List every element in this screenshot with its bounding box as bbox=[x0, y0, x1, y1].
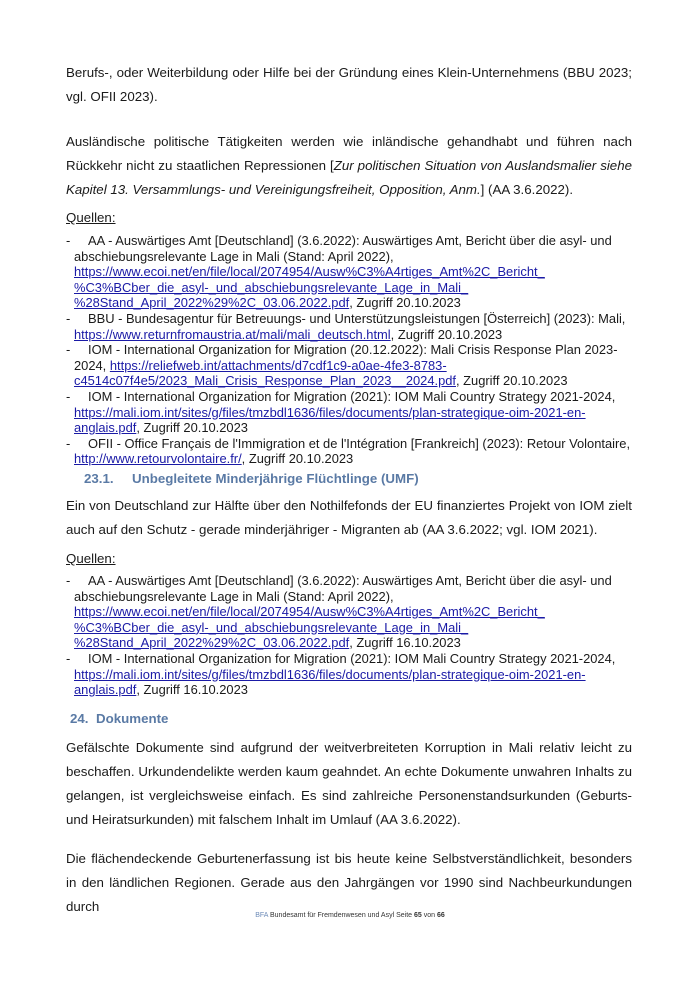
list-dash: - bbox=[66, 342, 70, 358]
access-date: , Zugriff 20.10.2023 bbox=[456, 373, 568, 388]
source-link[interactable]: https://www.ecoi.net/en/file/local/20749… bbox=[74, 604, 545, 650]
sources-heading: Quellen: bbox=[66, 210, 116, 225]
list-dash: - bbox=[66, 233, 70, 249]
documents-paragraph-1: Gefälschte Dokumente sind aufgrund der w… bbox=[66, 736, 632, 832]
source-link[interactable]: https://www.returnfromaustria.at/mali/ma… bbox=[74, 327, 391, 342]
list-dash: - bbox=[66, 651, 70, 667]
list-dash: - bbox=[66, 311, 70, 327]
sources-heading: Quellen: bbox=[66, 551, 116, 566]
source-text: AA - Auswärtiges Amt [Deutschland] (3.6.… bbox=[74, 233, 612, 264]
list-dash: - bbox=[66, 389, 70, 405]
section-heading-24: 24.Dokumente bbox=[70, 711, 168, 726]
access-date: , Zugriff 20.10.2023 bbox=[136, 420, 248, 435]
access-date: , Zugriff 20.10.2023 bbox=[349, 295, 461, 310]
section-heading-23-1: 23.1.Unbegleitete Minderjährige Flüchtli… bbox=[84, 471, 419, 486]
political-paragraph: Ausländische politische Tätigkeiten werd… bbox=[66, 130, 632, 202]
footer-brand: BFA bbox=[255, 912, 268, 919]
umf-paragraph: Ein von Deutschland zur Hälfte über den … bbox=[66, 494, 632, 542]
source-link[interactable]: http://www.retourvolontaire.fr/ bbox=[74, 451, 242, 466]
footer-page-of: von bbox=[424, 912, 435, 919]
sources-list: -AA - Auswärtiges Amt [Deutschland] (3.6… bbox=[66, 233, 632, 467]
section-number: 23.1. bbox=[84, 471, 132, 486]
section-title: Unbegleitete Minderjährige Flüchtlinge (… bbox=[132, 471, 419, 486]
source-item: -AA - Auswärtiges Amt [Deutschland] (3.6… bbox=[66, 233, 632, 311]
list-dash: - bbox=[66, 436, 70, 452]
source-item: -IOM - International Organization for Mi… bbox=[66, 651, 632, 698]
source-item: -BBU - Bundesagentur für Betreuungs- und… bbox=[66, 311, 632, 342]
source-link[interactable]: https://www.ecoi.net/en/file/local/20749… bbox=[74, 264, 545, 310]
access-date: , Zugriff 16.10.2023 bbox=[349, 635, 461, 650]
source-item: -AA - Auswärtiges Amt [Deutschland] (3.6… bbox=[66, 573, 632, 651]
access-date: , Zugriff 20.10.2023 bbox=[391, 327, 503, 342]
source-link[interactable]: https://reliefweb.int/attachments/d7cdf1… bbox=[74, 358, 456, 389]
paragraph-text: ] (AA 3.6.2022). bbox=[481, 182, 573, 197]
page-footer: BFA Bundesamt für Fremdenwesen und Asyl … bbox=[0, 912, 700, 919]
footer-page-current: 65 bbox=[414, 912, 422, 919]
source-text: BBU - Bundesagentur für Betreuungs- und … bbox=[74, 311, 625, 326]
footer-page-label: Seite bbox=[396, 912, 412, 919]
list-dash: - bbox=[66, 573, 70, 589]
section-title: Dokumente bbox=[96, 711, 168, 726]
source-text: IOM - International Organization for Mig… bbox=[74, 389, 615, 404]
sources-list: -AA - Auswärtiges Amt [Deutschland] (3.6… bbox=[66, 573, 632, 698]
source-item: -IOM - International Organization for Mi… bbox=[66, 389, 632, 436]
source-item: -OFII - Office Français de l'Immigration… bbox=[66, 436, 632, 467]
documents-paragraph-2: Die flächendeckende Geburtenerfassung is… bbox=[66, 847, 632, 919]
intro-paragraph: Berufs-, oder Weiterbildung oder Hilfe b… bbox=[66, 61, 632, 109]
footer-org: Bundesamt für Fremdenwesen und Asyl bbox=[270, 912, 394, 919]
section-number: 24. bbox=[70, 711, 96, 726]
access-date: , Zugriff 20.10.2023 bbox=[242, 451, 354, 466]
source-text: OFII - Office Français de l'Immigration … bbox=[74, 436, 630, 451]
source-item: -IOM - International Organization for Mi… bbox=[66, 342, 632, 389]
source-text: AA - Auswärtiges Amt [Deutschland] (3.6.… bbox=[74, 573, 612, 604]
footer-page-total: 66 bbox=[437, 912, 445, 919]
access-date: , Zugriff 16.10.2023 bbox=[136, 682, 248, 697]
source-text: IOM - International Organization for Mig… bbox=[74, 651, 615, 666]
